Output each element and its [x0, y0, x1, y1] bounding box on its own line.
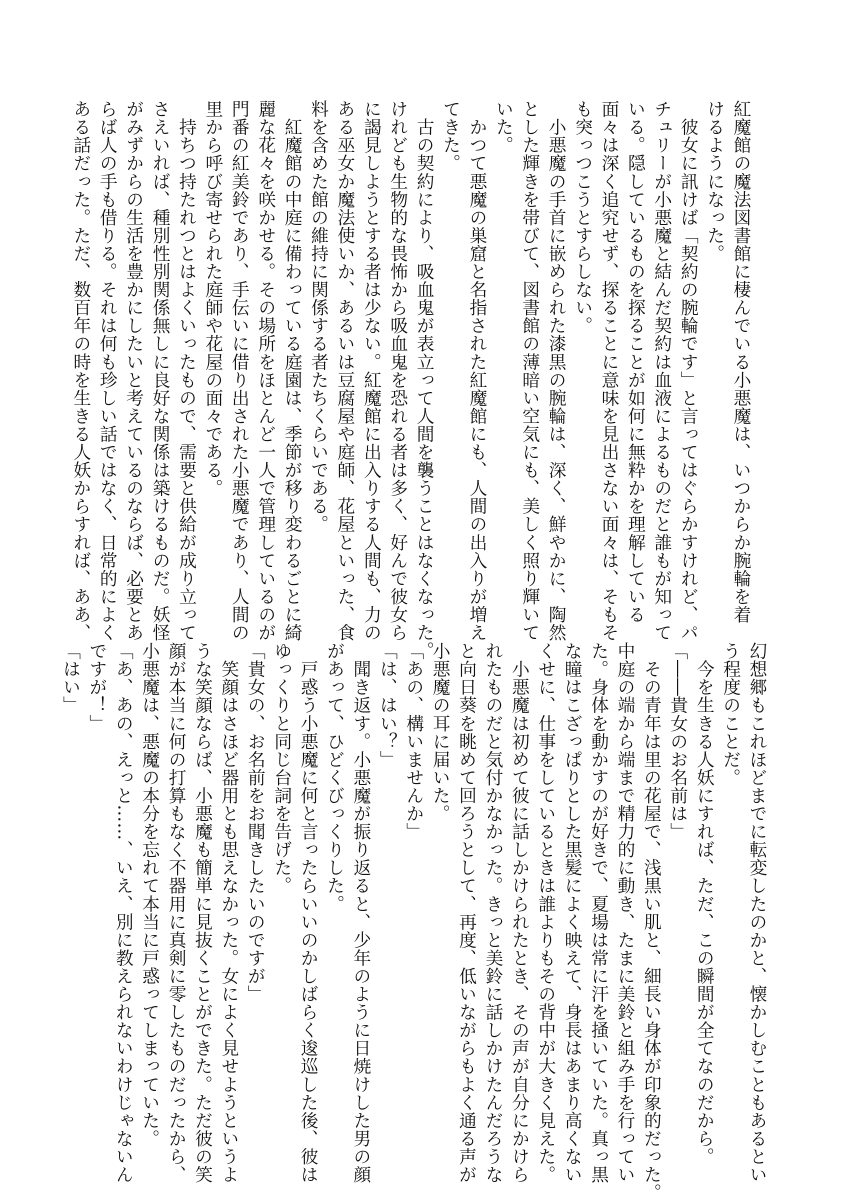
- text-line: 門番の紅美鈴であり、手伝いに借り出された小悪魔であり、人間の: [226, 100, 252, 592]
- text-line: とした輝きを帯びて、図書館の薄暗い空気にも、美しく照り輝いて: [516, 100, 542, 592]
- dialogue-line: 「貴女の、お名前をお聞きしたいのですが」: [242, 642, 268, 1134]
- dialogue-line: ですが！」: [83, 642, 109, 1134]
- text-line: ある巫女か魔法使いか、あるいは豆腐屋や庭師、花屋といった、食: [332, 100, 358, 592]
- text-line: チュリーが小悪魔と結んだ契約は血液によるものだと誰もが知って: [648, 100, 674, 592]
- text-line: がみずからの生活を豊かにしたいと考えているのならば、必要とあ: [120, 100, 146, 592]
- text-line: かつて悪魔の巣窟と名指された紅魔館にも、人間の出入りが増え: [464, 100, 490, 592]
- dialogue-line: 「は、はい？」: [374, 642, 400, 1134]
- text-line: いた。: [490, 100, 516, 592]
- text-line: た。身体を動かすのが好きで、夏場は常に汗を掻いていた。真っ黒: [585, 642, 611, 1134]
- text-line: な瞳はこざっぱりとした黒髪によく映えて、身長はあまり高くない: [559, 642, 585, 1134]
- dialogue-line: 「はい」: [57, 642, 83, 1134]
- dialogue-line: 「あの、構いませんか」: [400, 642, 426, 1134]
- text-line: 小悪魔は、悪魔の本分を忘れて本当に戸惑ってしまっていた。: [136, 642, 162, 1134]
- text-line: けれども生物的な畏怖から吸血鬼を恐れる者は多く、好んで彼女ら: [384, 100, 410, 592]
- text-line: 紅魔館の中庭に備わっている庭園は、季節が移り変わるごとに綺: [279, 100, 305, 592]
- text-line: 古の契約により、吸血鬼が表立って人間を襲うことはなくなった。: [411, 100, 437, 592]
- text-line: 聞き返す。小悪魔が振り返ると、少年のように日焼けした男の顔: [348, 642, 374, 1134]
- text-line: てきた。: [437, 100, 463, 592]
- text-line: くせに、仕事をしているときは誰よりもその背中が大きく見えた。: [532, 642, 558, 1134]
- text-line: う程度のことだ。: [717, 642, 743, 1134]
- text-line: も突っつこうとすらしない。: [569, 100, 595, 592]
- text-line: さえいれば、種別性別関係無しに良好な関係は築けるものだ。妖怪: [147, 100, 173, 592]
- text-line: 里から呼び寄せられた庭師や花屋の面々である。: [199, 100, 225, 592]
- text-line: 幻想郷もこれほどまでに転変したのかと、懐かしむこともあるとい: [744, 642, 770, 1134]
- text-line: と向日葵を眺めて回ろうとして、再度、低いながらもよく通る声が: [453, 642, 479, 1134]
- text-line: いる。隠しているものを探ることが如何に無粋かを理解している: [622, 100, 648, 592]
- text-line: 料を含めた館の維持に関係する者たちくらいである。: [305, 100, 331, 592]
- text-line: 顔が本当に何の打算もなく不器用に真剣に零したものだったから、: [163, 642, 189, 1134]
- text-line: ある話だった。ただ、数百年の時を生きる人妖からすれば、ああ、: [67, 100, 93, 592]
- dialogue-line: 「――貴女のお名前は」: [664, 642, 690, 1134]
- text-line: 笑顔はさほど器用とも思えなかった。女によく見せようというよ: [215, 642, 241, 1134]
- text-line: 麗な花々を咲かせる。その場所をほとんど一人で管理しているのが: [252, 100, 278, 592]
- text-line: 今を生きる人妖にすれば、ただ、この瞬間が全てなのだから。: [691, 642, 717, 1134]
- text-line: 持ちつ持たれつとはよくいったもので、需要と供給が成り立って: [173, 100, 199, 592]
- text-block-bottom: 幻想郷もこれほどまでに転変したのかと、懐かしむこともあるとい う程度のことだ。 …: [57, 642, 770, 1134]
- dialogue-line: 「あ、あの、えっと……、いえ、別に教えられないわけじゃないん: [110, 642, 136, 1134]
- text-line: らば人の手も借りる。それは何も珍しい話ではなく、日常的によく: [94, 100, 120, 592]
- text-line: 戸惑う小悪魔に何と言ったらいいのかしばらく逡巡した後、彼は: [295, 642, 321, 1134]
- text-line: れたものだと気付かなかった。きっと美鈴に話しかけたんだろうな: [480, 642, 506, 1134]
- text-line: 小悪魔の耳に届いた。: [427, 642, 453, 1134]
- text-block-top: 紅魔館の魔法図書館に棲んでいる小悪魔は、いつからか腕輪を着 けるようになった。 …: [67, 100, 754, 592]
- text-line: 彼女に訊けば「契約の腕輪です」と言ってはぐらかすけれど、パ: [675, 100, 701, 592]
- text-line: 面々は深く追究せず、探ることに意味を見出さない面々は、そもそ: [596, 100, 622, 592]
- text-line: 小悪魔の手首に嵌められた漆黒の腕輪は、深く、鮮やかに、陶然: [543, 100, 569, 592]
- text-line: けるようになった。: [701, 100, 727, 592]
- text-line: うな笑顔ならば、小悪魔も簡単に見抜くことができた。ただ彼の笑: [189, 642, 215, 1134]
- novel-page: 紅魔館の魔法図書館に棲んでいる小悪魔は、いつからか腕輪を着 けるようになった。 …: [0, 0, 850, 1200]
- text-line: 小悪魔は初めて彼に話しかけられたとき、その声が自分にかけら: [506, 642, 532, 1134]
- text-line: ゆっくりと同じ台詞を告げた。: [268, 642, 294, 1134]
- text-line: があって、ひどくびっくりした。: [321, 642, 347, 1134]
- text-line: に謁見しようとする者は少ない。紅魔館に出入りする人間も、力の: [358, 100, 384, 592]
- text-line: 紅魔館の魔法図書館に棲んでいる小悪魔は、いつからか腕輪を着: [728, 100, 754, 592]
- text-line: 中庭の端から端まで精力的に動き、たまに美鈴と組み手を行ってい: [612, 642, 638, 1134]
- text-line: その青年は里の花屋で、浅黒い肌と、細長い身体が印象的だった。: [638, 642, 664, 1134]
